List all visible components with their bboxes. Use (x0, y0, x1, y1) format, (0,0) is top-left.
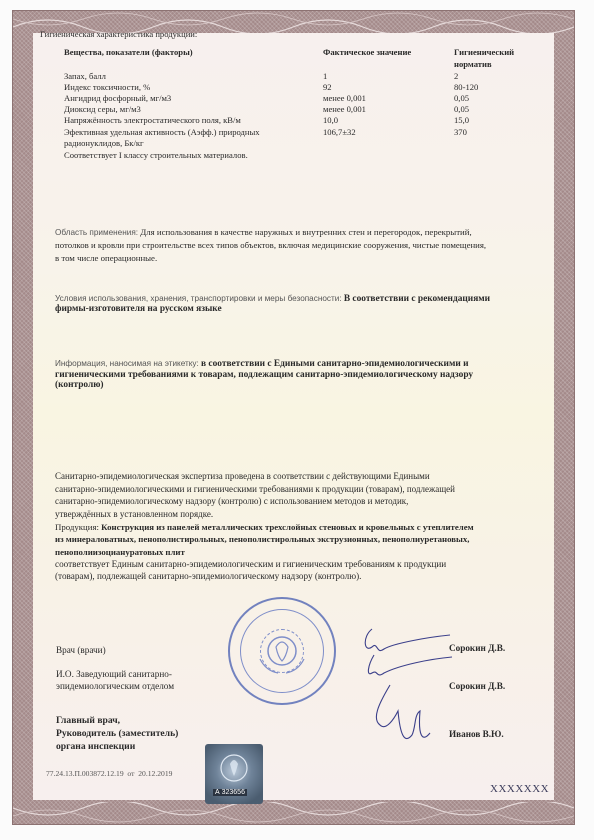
label-info-line-3: (контролю) (55, 380, 473, 390)
product-line-1: Конструкция из панелей металлических тре… (101, 522, 473, 532)
label-info-section: Информация, наносимая на этикетку: в соо… (55, 358, 473, 390)
registration-number: 77.24.13.П.003872.12.19 (46, 769, 124, 778)
header-factor: Вещества, показатели (факторы) (64, 47, 193, 58)
registration-line: 77.24.13.П.003872.12.19 от 20.12.2019 (46, 768, 172, 779)
section-title: Гигиеническая характеристика продукции: (40, 29, 197, 40)
border-ornament-bottom (13, 802, 574, 824)
actual-cell: 10,0 (323, 115, 338, 126)
expertise-line-2: санитарно-эпидемиологическими и гигиенич… (55, 483, 455, 496)
scope-line-1: Для использования в качестве наружных и … (140, 227, 471, 237)
actual-cell: 92 (323, 82, 332, 93)
hologram-number: А 323656 (213, 789, 247, 796)
serial-mark: XXXXXXX (490, 784, 549, 795)
actual-cell: менее 0,001 (323, 104, 366, 115)
norm-cell: 0,05 (454, 93, 469, 104)
header-norm-1: Гигиенический (454, 47, 514, 58)
product-section: Продукция: Конструкция из панелей металл… (55, 521, 474, 582)
head-title-line-2: эпидемиологическим отделом (56, 681, 174, 692)
header-norm-2: норматив (454, 59, 492, 70)
expertise-section: Санитарно-эпидемиологическая экспертиза … (55, 470, 455, 520)
scope-line-2: потолков и кровли при строительстве всех… (55, 239, 486, 251)
norm-cell: 0,05 (454, 104, 469, 115)
chief-title-line-2: Руководитель (заместитель) (56, 728, 178, 740)
conditions-label: Условия использования, хранения, транспо… (55, 294, 342, 303)
label-info-line-2: гигиеническими требованиями к товарам, п… (55, 370, 473, 380)
factor-cell: Индекс токсичности, % (64, 82, 150, 93)
factor-cell: Эфективная удельная активность (Аэфф.) п… (64, 127, 260, 138)
product-line-4: соответствует Единым санитарно-эпидемиол… (55, 558, 474, 570)
doctor-title: Врач (врачи) (56, 645, 106, 656)
factor-cell: Напряжённость электростатического поля, … (64, 115, 241, 126)
expertise-line-3: санитарно-эпидемиологическому надзору (к… (55, 495, 455, 508)
official-seal-stamp (228, 597, 336, 705)
factor-cell: Диоксид серы, мг/м3 (64, 104, 141, 115)
scope-section: Область применения: Для использования в … (55, 226, 486, 264)
conditions-line-1: В соответствии с рекомендациями (344, 294, 490, 304)
scope-line-3: в том числе операционные. (55, 252, 486, 264)
actual-cell: 106,7±32 (323, 127, 356, 138)
norm-cell: 15,0 (454, 115, 469, 126)
chief-title-line-1: Главный врач, (56, 715, 120, 727)
seal-emblem-icon (230, 599, 334, 703)
head-title-line-1: И.О. Заведующий санитарно- (56, 669, 172, 680)
norm-cell: 80-120 (454, 82, 478, 93)
expertise-line-1: Санитарно-эпидемиологическая экспертиза … (55, 470, 455, 483)
label-info-line-1: в соответствии с Едиными санитарно-эпиде… (201, 359, 468, 369)
signature-icon (360, 615, 460, 755)
registration-from: от (127, 769, 134, 778)
table-footnote: Соответствует I классу строительных мате… (64, 150, 248, 161)
header-actual: Фактическое значение (323, 47, 411, 58)
norm-cell: 370 (454, 127, 467, 138)
norm-cell: 2 (454, 71, 458, 82)
product-label: Продукция: (55, 522, 99, 532)
factor-cell-continued: радионуклидов, Бк/кг (64, 138, 144, 149)
product-line-2: из минераловатных, пенополистирольных, п… (55, 533, 474, 545)
expertise-line-4: утверждённых в установленном порядке. (55, 508, 455, 521)
label-info-label: Информация, наносимая на этикетку: (55, 359, 199, 368)
hologram-sticker: А 323656 (205, 744, 263, 804)
product-line-5: (товарам), подлежащей санитарно-эпидемио… (55, 570, 474, 582)
scope-label: Область применения: (55, 228, 138, 237)
chief-title-line-3: органа инспекции (56, 741, 135, 753)
product-line-3: пенополиизоциануратовых плит (55, 546, 474, 558)
factor-cell: Ангидрид фосфорный, мг/м3 (64, 93, 171, 104)
actual-cell: менее 0,001 (323, 93, 366, 104)
conditions-line-2: фирмы-изготовителя на русском языке (55, 304, 490, 314)
conditions-section: Условия использования, хранения, транспо… (55, 293, 490, 314)
factor-cell: Запах, балл (64, 71, 106, 82)
registration-date: 20.12.2019 (138, 769, 172, 778)
actual-cell: 1 (323, 71, 327, 82)
